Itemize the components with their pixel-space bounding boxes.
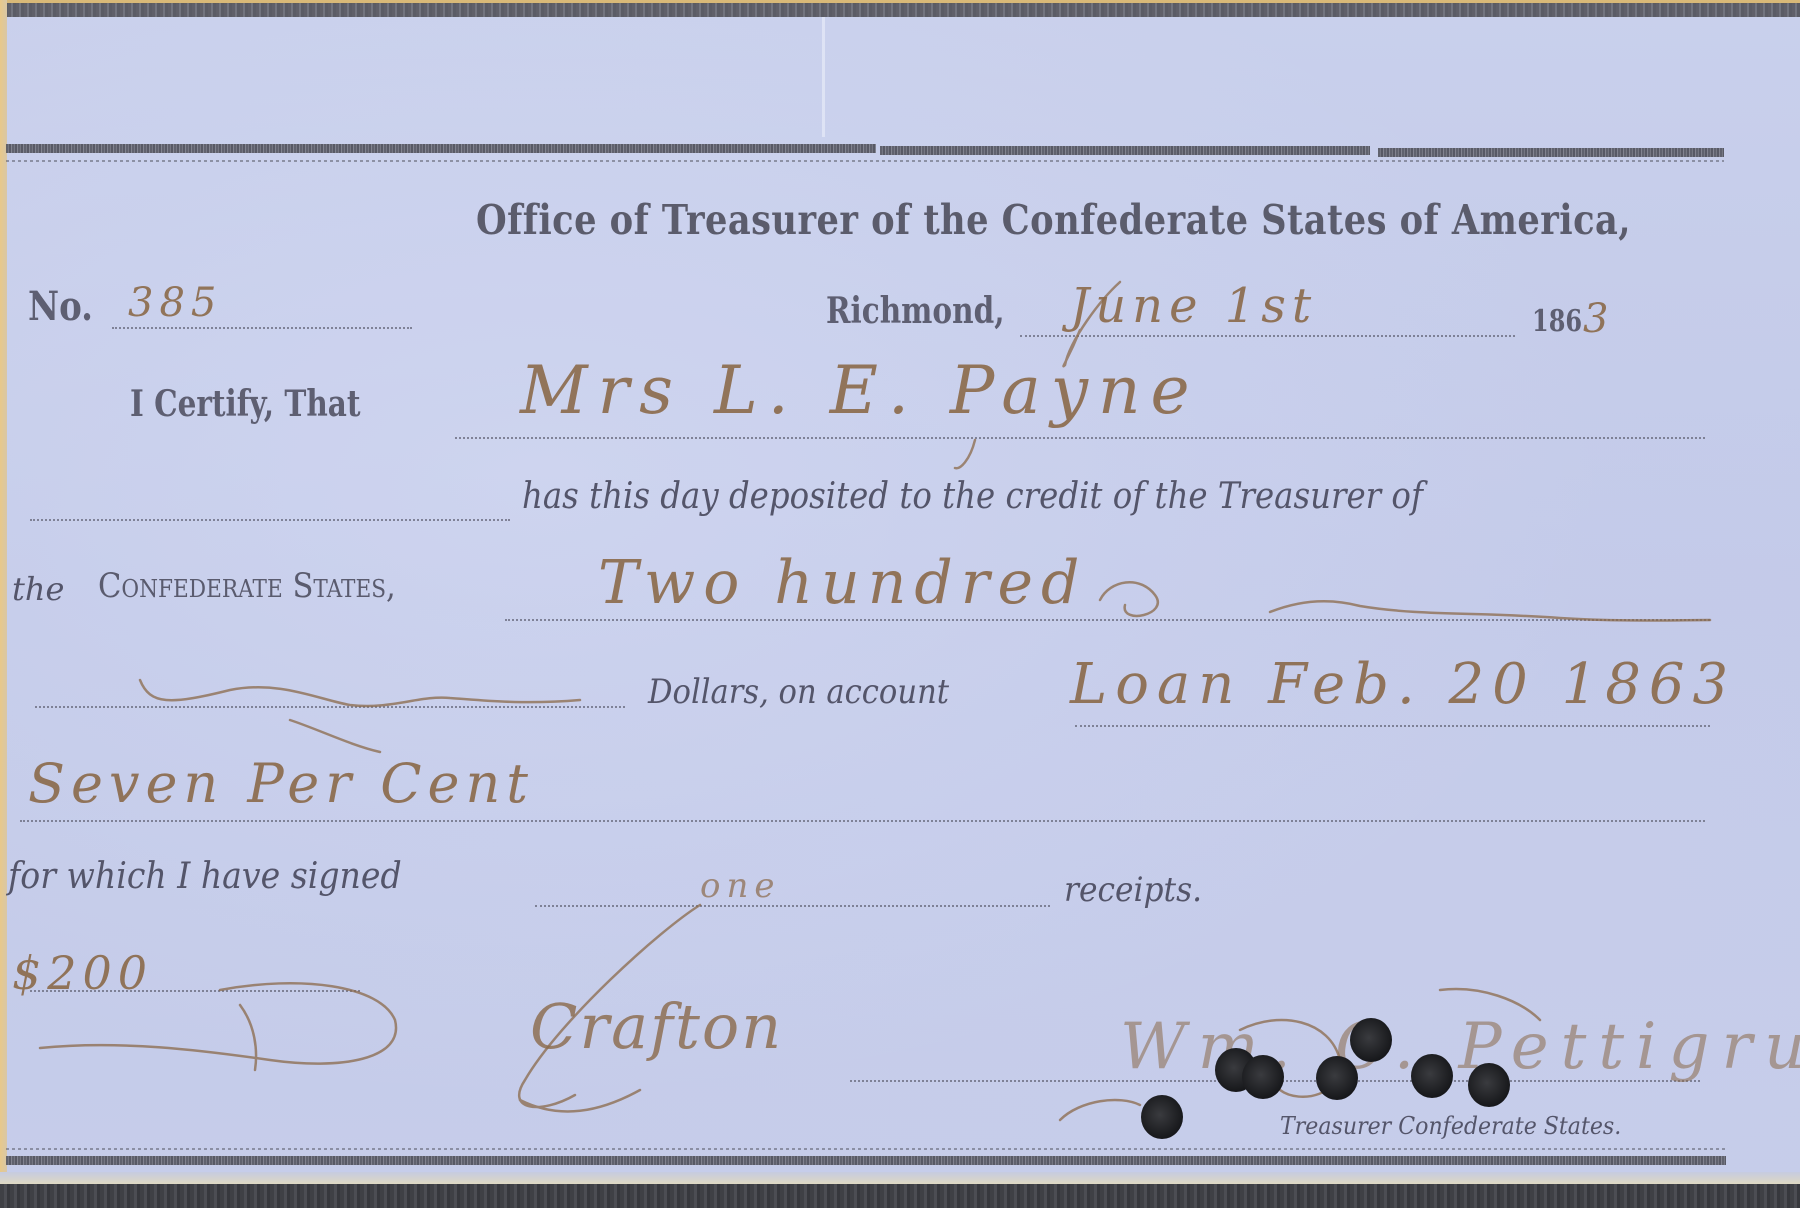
- upper-ornamental-rule-right: [1378, 148, 1724, 157]
- receipts-count-handwritten: one: [700, 866, 781, 906]
- top-border-band: [0, 3, 1800, 17]
- punch-hole-3: [1242, 1055, 1284, 1099]
- receipts-label-after: receipts.: [1064, 870, 1202, 910]
- amount-words-handwritten: Two hundred: [598, 548, 1087, 618]
- clerk-signature: Crafton: [530, 990, 783, 1063]
- account-line2-dotted-line: [20, 820, 1705, 822]
- upper-rule-underline: [6, 160, 1724, 162]
- document-title: Office of Treasurer of the Confederate S…: [476, 196, 1631, 244]
- confederate-states-label: Confederate States,: [98, 566, 396, 606]
- upper-ornamental-rule-middle: [880, 146, 1370, 155]
- punch-hole-2: [1141, 1095, 1183, 1139]
- place-label: Richmond,: [826, 290, 1004, 332]
- states-prefix: the: [12, 570, 64, 608]
- receipts-dotted-line: [535, 905, 1050, 907]
- punch-hole-4: [1316, 1056, 1358, 1100]
- paper-fold-mark: [822, 17, 825, 137]
- bottom-border-band: [0, 1184, 1800, 1208]
- upper-ornamental-rule-left: [6, 144, 876, 153]
- blank-dotted-line-2: [35, 706, 625, 708]
- depositor-dotted-line: [455, 437, 1705, 439]
- frame-left-edge: [0, 0, 7, 1208]
- treasurer-title: Treasurer Confederate States.: [1280, 1112, 1621, 1140]
- number-label: No.: [28, 283, 93, 330]
- account-handwritten: Loan Feb. 20 1863: [1070, 652, 1736, 717]
- lower-rule-overline: [6, 1148, 1726, 1150]
- account-line2-handwritten: Seven Per Cent: [28, 752, 534, 815]
- certificate-number: 385: [128, 280, 222, 326]
- amount-figure-dotted-line: [30, 990, 360, 992]
- year-printed: 186: [1532, 304, 1582, 339]
- punch-hole-6: [1411, 1054, 1453, 1098]
- certify-label: I Certify, That: [130, 383, 361, 425]
- date-dotted-line: [1020, 335, 1515, 337]
- bottom-mat-edge: [0, 1172, 1800, 1184]
- dollars-account-label: Dollars, on account: [648, 672, 949, 712]
- date-handwritten: June 1st: [1070, 278, 1317, 334]
- blank-dotted-line-1: [30, 519, 510, 521]
- year-handwritten: 3: [1583, 296, 1608, 342]
- punch-hole-7: [1468, 1063, 1510, 1107]
- deposit-statement: has this day deposited to the credit of …: [522, 476, 1423, 517]
- number-dotted-line: [112, 327, 412, 329]
- amount-words-dotted-line: [505, 619, 1710, 621]
- account-dotted-line: [1075, 725, 1710, 727]
- punch-hole-5: [1350, 1018, 1392, 1062]
- lower-ornamental-rule: [6, 1156, 1726, 1165]
- receipts-label-before: for which I have signed: [8, 856, 402, 897]
- depositor-name-handwritten: Mrs L. E. Payne: [520, 352, 1200, 429]
